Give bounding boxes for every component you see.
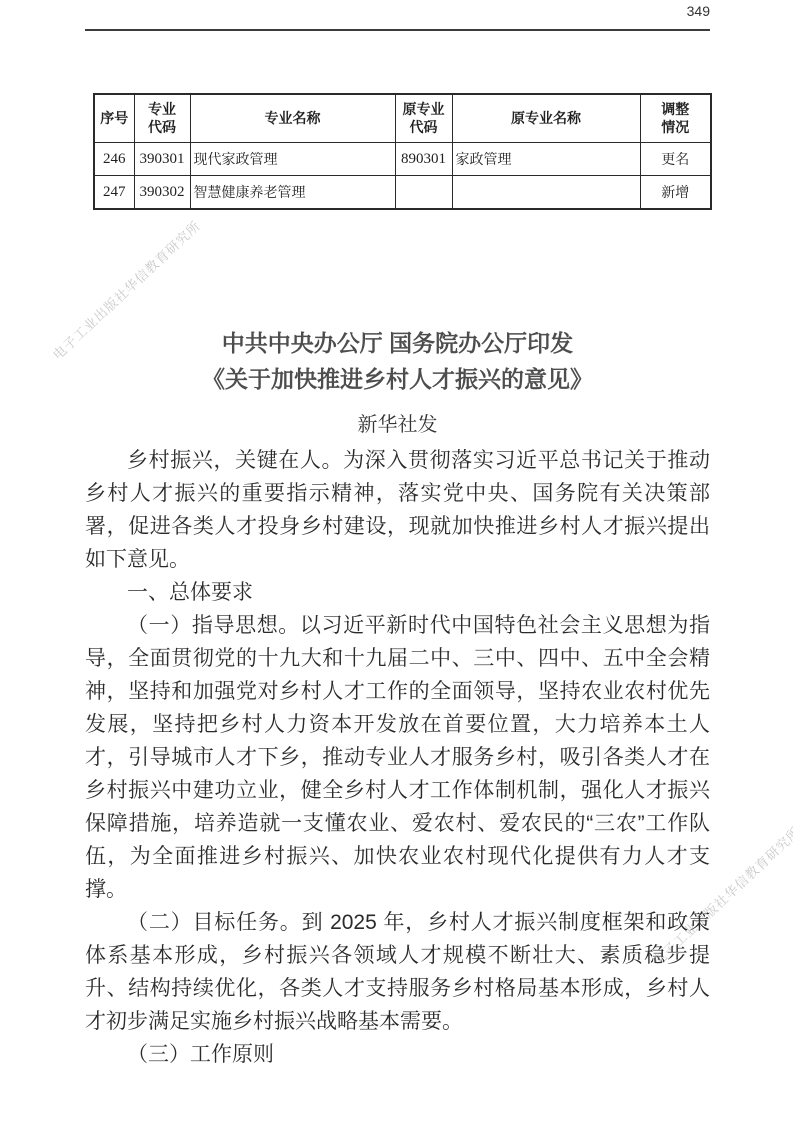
- cell-adjustment: 更名: [640, 143, 711, 176]
- col-header-major-name: 专业名称: [190, 94, 395, 143]
- majors-adjustment-table: 序号 专业 代码 专业名称 原专业 代码 原专业名称 调整 情况 246 390…: [93, 93, 712, 210]
- col-header-old-major-name: 原专业名称: [452, 94, 640, 143]
- cell-old-major-code: [395, 176, 452, 210]
- paragraph-guiding-ideology: （一）指导思想。以习近平新时代中国特色社会主义思想为指导，全面贯彻党的十九大和十…: [85, 609, 710, 906]
- cell-major-code: 390301: [134, 143, 190, 176]
- paragraph-goals-tasks: （二）目标任务。到 2025 年，乡村人才振兴制度框架和政策体系基本形成，乡村振…: [85, 906, 710, 1038]
- cell-adjustment: 新增: [640, 176, 711, 210]
- col-header-old-major-code: 原专业 代码: [395, 94, 452, 143]
- cell-seq: 246: [94, 143, 134, 176]
- cell-old-major-code: 890301: [395, 143, 452, 176]
- document-page: 349 电子工业出版社华信教育研究所 电子工业出版社华信教育研究所 序号 专业 …: [0, 0, 793, 1122]
- article-header: 中共中央办公厅 国务院办公厅印发 《关于加快推进乡村人才振兴的意见》 新华社发: [85, 332, 710, 437]
- cell-old-major-name: [452, 176, 640, 210]
- table-row: 246 390301 现代家政管理 890301 家政管理 更名: [94, 143, 711, 176]
- cell-old-major-name: 家政管理: [452, 143, 640, 176]
- article-body: 乡村振兴，关键在人。为深入贯彻落实习近平总书记关于推动乡村人才振兴的重要指示精神…: [85, 444, 710, 1071]
- section-heading-work-principles: （三）工作原则: [85, 1038, 710, 1071]
- header-rule: [85, 29, 710, 31]
- col-header-adjustment: 调整 情况: [640, 94, 711, 143]
- article-title-line2: 《关于加快推进乡村人才振兴的意见》: [85, 368, 710, 391]
- article-byline: 新华社发: [85, 408, 710, 437]
- table-header-row: 序号 专业 代码 专业名称 原专业 代码 原专业名称 调整 情况: [94, 94, 711, 143]
- page-number: 349: [687, 3, 710, 19]
- paragraph-intro: 乡村振兴，关键在人。为深入贯彻落实习近平总书记关于推动乡村人才振兴的重要指示精神…: [85, 444, 710, 576]
- section-heading-overall-requirements: 一、总体要求: [85, 576, 710, 609]
- cell-major-name: 现代家政管理: [190, 143, 395, 176]
- cell-seq: 247: [94, 176, 134, 210]
- col-header-major-code: 专业 代码: [134, 94, 190, 143]
- cell-major-name: 智慧健康养老管理: [190, 176, 395, 210]
- col-header-seq: 序号: [94, 94, 134, 143]
- table-row: 247 390302 智慧健康养老管理 新增: [94, 176, 711, 210]
- cell-major-code: 390302: [134, 176, 190, 210]
- article-title-line1: 中共中央办公厅 国务院办公厅印发: [85, 332, 710, 355]
